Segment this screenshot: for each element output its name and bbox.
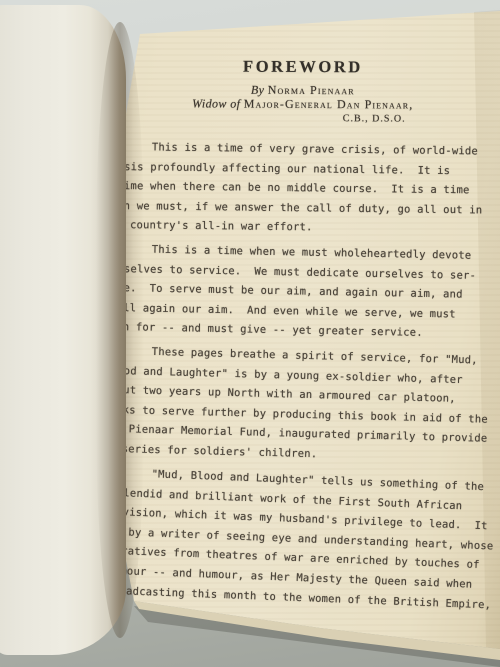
book-photo: FOREWORD By Norma Pienaar Widow of Major… (0, 0, 500, 667)
widow-name: Major-General Dan Pienaar, (244, 97, 414, 112)
byline-name: Norma Pienaar (268, 83, 355, 97)
foreword-paragraph-4: "Mud, Blood and Laughter" tells us somet… (113, 464, 488, 615)
widow-prefix: Widow of (192, 96, 244, 110)
foreword-paragraph-2: This is a time when we must wholehearted… (116, 240, 488, 345)
page-content: FOREWORD By Norma Pienaar Widow of Major… (118, 56, 488, 601)
foreword-paragraph-1: This is a time of very grave crisis, of … (117, 138, 488, 240)
honours-line: C.B., D.S.O. (118, 112, 488, 125)
typed-line: r country's all-in war effort. (117, 216, 487, 240)
page-gutter-shadow (96, 22, 144, 638)
byline-prefix: By (251, 83, 268, 97)
widow-line: Widow of Major-General Dan Pienaar, (118, 96, 488, 112)
foreword-title: FOREWORD (118, 56, 488, 78)
foreword-header: FOREWORD By Norma Pienaar Widow of Major… (118, 56, 488, 125)
foreword-body: This is a time of very grave crisis, of … (118, 138, 488, 601)
foreword-paragraph-3: These pages breathe a spirit of service,… (115, 342, 488, 469)
